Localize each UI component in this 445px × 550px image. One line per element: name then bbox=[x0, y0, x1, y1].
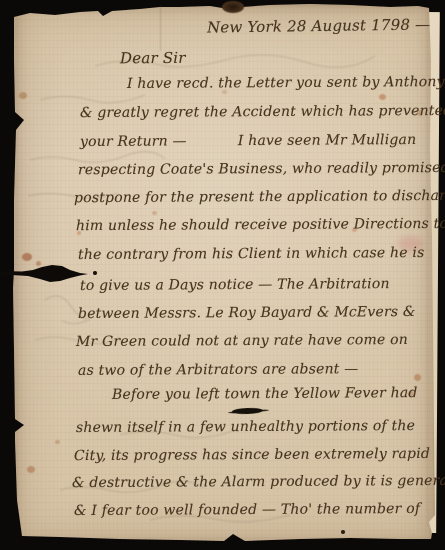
body-line: the contrary from his Client in which ca… bbox=[78, 245, 425, 263]
date-line: New York 28 August 1798 — bbox=[207, 15, 431, 36]
body-line: City, its progress has since been extrem… bbox=[74, 446, 430, 464]
body-line: & I fear too well founded — Tho' the num… bbox=[74, 501, 420, 519]
body-line: to give us a Days notice — The Arbitrati… bbox=[80, 276, 390, 294]
body-line: him unless he should receive positive Di… bbox=[76, 216, 445, 234]
body-line: postpone for the present the application… bbox=[74, 188, 445, 206]
body-line: I have recd. the Letter you sent by Anth… bbox=[127, 74, 445, 92]
body-line: & destructive & the Alarm produced by it… bbox=[72, 473, 445, 491]
body-line: shewn itself in a few unhealthy portions… bbox=[76, 418, 415, 436]
body-line: Before you left town the Yellow Fever ha… bbox=[112, 385, 418, 403]
body-line: between Messrs. Le Roy Bayard & McEvers … bbox=[78, 304, 416, 322]
salutation: Dear Sir bbox=[120, 49, 186, 67]
body-line: your Return — I have seen Mr Mulligan bbox=[80, 132, 416, 150]
ink-speck bbox=[341, 530, 345, 534]
body-line: as two of the Arbitrators are absent — bbox=[78, 361, 359, 379]
letter-photo: New York 28 August 1798 — Dear Sir I hav… bbox=[0, 0, 445, 550]
body-line: & greatly regret the Accident which has … bbox=[80, 103, 445, 121]
body-line: respecting Coate's Business, who readily… bbox=[78, 160, 445, 178]
body-line: Mr Green could not at any rate have come… bbox=[76, 332, 408, 350]
